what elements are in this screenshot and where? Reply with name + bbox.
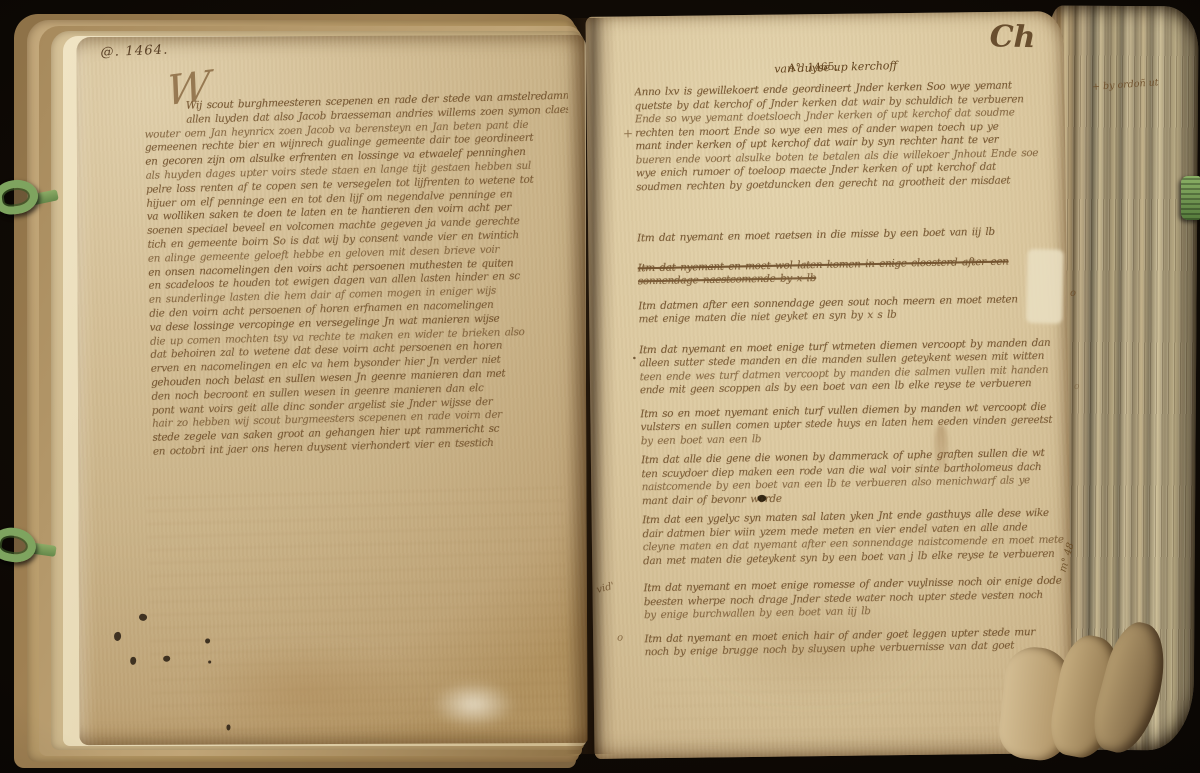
fore-edge-ring-mark-faint: o — [1074, 382, 1079, 392]
parchment-white-patch — [417, 673, 529, 735]
parchment-stain — [139, 621, 470, 760]
paragraph: Itm dat een ygelyc syn maten sal laten y… — [642, 507, 1065, 569]
ink-spot — [114, 632, 121, 641]
paragraph: Itm datmen after een sonnendage geen sou… — [638, 292, 1060, 327]
ink-spot — [138, 613, 148, 622]
header-year: A°. 1465. — [788, 61, 838, 74]
margin-vide-note: vid' — [595, 581, 615, 596]
margin-dot-mark: • — [632, 354, 637, 364]
paragraph: Anno lxv is gewillekoert ende geordineer… — [634, 79, 1058, 195]
right-page: van duyse up kerchoffA°. 1465. Ch Anno l… — [585, 11, 1072, 759]
left-page: @. 1464. W Wij scout burghmeesteren scep… — [76, 35, 587, 745]
ink-spot — [208, 661, 211, 664]
ink-drip-stain — [934, 425, 948, 473]
paragraph: Itm so en moet nyemant enich turf vullen… — [640, 400, 1063, 448]
manuscript-line: Itm dat nyemant en moet raetsen in die m… — [637, 225, 1059, 246]
quire-folio-mark: Ch — [989, 19, 1035, 55]
ink-blot — [757, 495, 766, 502]
left-page-text-block: Wij scout burghmeesteren scepenen en rad… — [144, 90, 577, 460]
parchment-repair-patch — [1026, 249, 1064, 324]
paragraph: Itm dat alle die gene die wonen by damme… — [641, 447, 1064, 509]
margin-ring-mark: o — [617, 633, 623, 644]
right-page-text-block: Anno lxv is gewillekoert ende geordineer… — [634, 79, 1066, 660]
fore-edge-ring-mark: o — [1070, 288, 1076, 299]
paragraph: Itm dat nyemant en moet enige turf wtmet… — [639, 336, 1062, 398]
paragraph-struck-through: Itm dat nyemant en moet wol laten komen … — [638, 254, 1060, 289]
margin-plus-mark: + — [623, 126, 633, 140]
show-through-text — [654, 670, 1035, 747]
ink-spot — [130, 657, 136, 665]
paragraph: Itm dat nyemant en moet raetsen in die m… — [637, 225, 1059, 246]
year-annotation: @. 1464. — [100, 43, 169, 61]
ink-spot — [226, 724, 230, 730]
green-tie-right-edge — [1181, 176, 1200, 220]
manuscript-photo: @. 1464. W Wij scout burghmeesteren scep… — [0, 0, 1200, 773]
